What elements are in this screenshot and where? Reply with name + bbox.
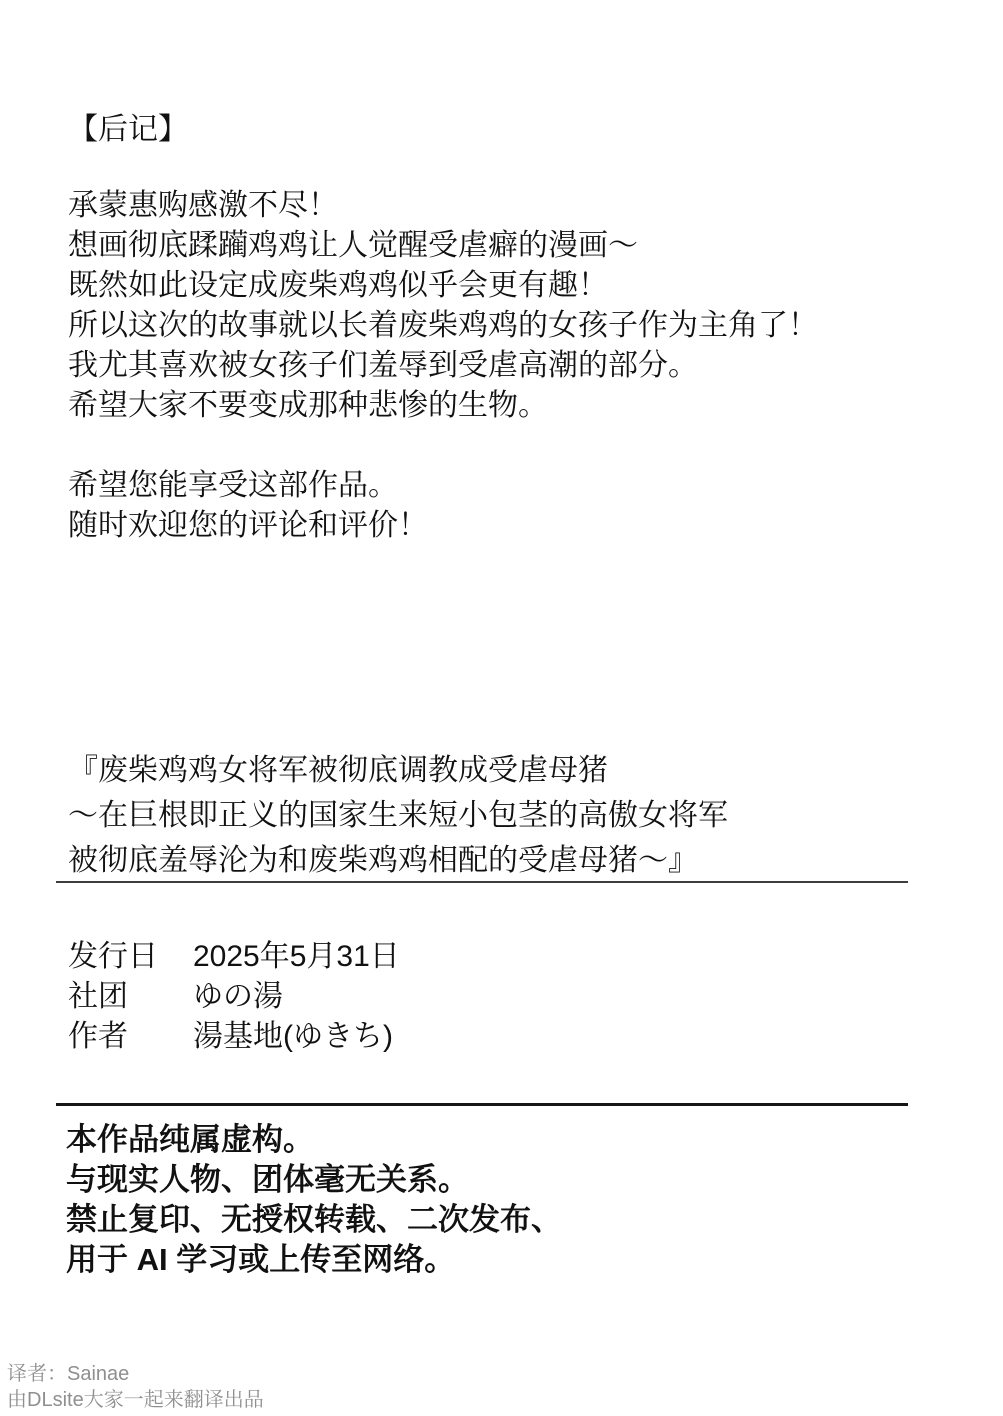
disclaimer-line: 禁止复印、无授权转载、二次发布、 <box>66 1200 562 1240</box>
publication-value: ゆの湯 <box>193 977 283 1017</box>
publisher-credit: 由DLsite大家一起来翻译出品 <box>7 1387 264 1413</box>
divider-line-top <box>56 881 908 883</box>
publication-value: 湯基地(ゆきち) <box>193 1017 393 1057</box>
page-title: 【后记】 <box>68 110 188 150</box>
translator-credit: 译者：Sainae <box>7 1361 264 1387</box>
work-title-line: ～在巨根即正义的国家生来短小包茎的高傲女将军 <box>68 793 728 838</box>
publication-label: 作者 <box>68 1017 193 1057</box>
disclaimer: 本作品纯属虚构。 与现实人物、团体毫无关系。 禁止复印、无授权转载、二次发布、 … <box>66 1120 562 1280</box>
divider-line-bottom <box>56 1103 908 1106</box>
text-line: 我尤其喜欢被女孩子们羞辱到受虐高潮的部分。 <box>68 346 818 386</box>
publication-label: 发行日 <box>68 937 193 977</box>
disclaimer-line: 与现实人物、团体毫无关系。 <box>66 1160 562 1200</box>
text-line: 希望大家不要变成那种悲惨的生物。 <box>68 386 818 426</box>
publication-info: 发行日 2025年5月31日 社团 ゆの湯 作者 湯基地(ゆきち) <box>68 937 400 1057</box>
publication-row-author: 作者 湯基地(ゆきち) <box>68 1017 400 1057</box>
disclaimer-line: 本作品纯属虚构。 <box>66 1120 562 1160</box>
work-title-line: 被彻底羞辱沦为和废柴鸡鸡相配的受虐母猪～』 <box>68 838 728 883</box>
publication-row-release-date: 发行日 2025年5月31日 <box>68 937 400 977</box>
afterword-page: 【后记】 承蒙惠购感激不尽！ 想画彻底蹂躏鸡鸡让人觉醒受虐癖的漫画～ 既然如此设… <box>0 0 1003 1416</box>
text-line: 想画彻底蹂躏鸡鸡让人觉醒受虐癖的漫画～ <box>68 226 818 266</box>
afterword-paragraph-1: 承蒙惠购感激不尽！ 想画彻底蹂躏鸡鸡让人觉醒受虐癖的漫画～ 既然如此设定成废柴鸡… <box>68 186 818 426</box>
text-line: 所以这次的故事就以长着废柴鸡鸡的女孩子作为主角了！ <box>68 306 818 346</box>
text-line: 既然如此设定成废柴鸡鸡似乎会更有趣！ <box>68 266 818 306</box>
text-line: 随时欢迎您的评论和评价！ <box>68 506 428 546</box>
work-title-line: 『废柴鸡鸡女将军被彻底调教成受虐母猪 <box>68 748 728 793</box>
disclaimer-line: 用于 AI 学习或上传至网络。 <box>66 1240 562 1280</box>
translation-credit: 译者：Sainae 由DLsite大家一起来翻译出品 <box>7 1361 264 1413</box>
publication-value: 2025年5月31日 <box>193 937 400 977</box>
afterword-paragraph-2: 希望您能享受这部作品。 随时欢迎您的评论和评价！ <box>68 466 428 546</box>
text-line: 承蒙惠购感激不尽！ <box>68 186 818 226</box>
publication-row-circle: 社团 ゆの湯 <box>68 977 400 1017</box>
work-title: 『废柴鸡鸡女将军被彻底调教成受虐母猪 ～在巨根即正义的国家生来短小包茎的高傲女将… <box>68 748 728 883</box>
text-line: 希望您能享受这部作品。 <box>68 466 428 506</box>
publication-label: 社团 <box>68 977 193 1017</box>
